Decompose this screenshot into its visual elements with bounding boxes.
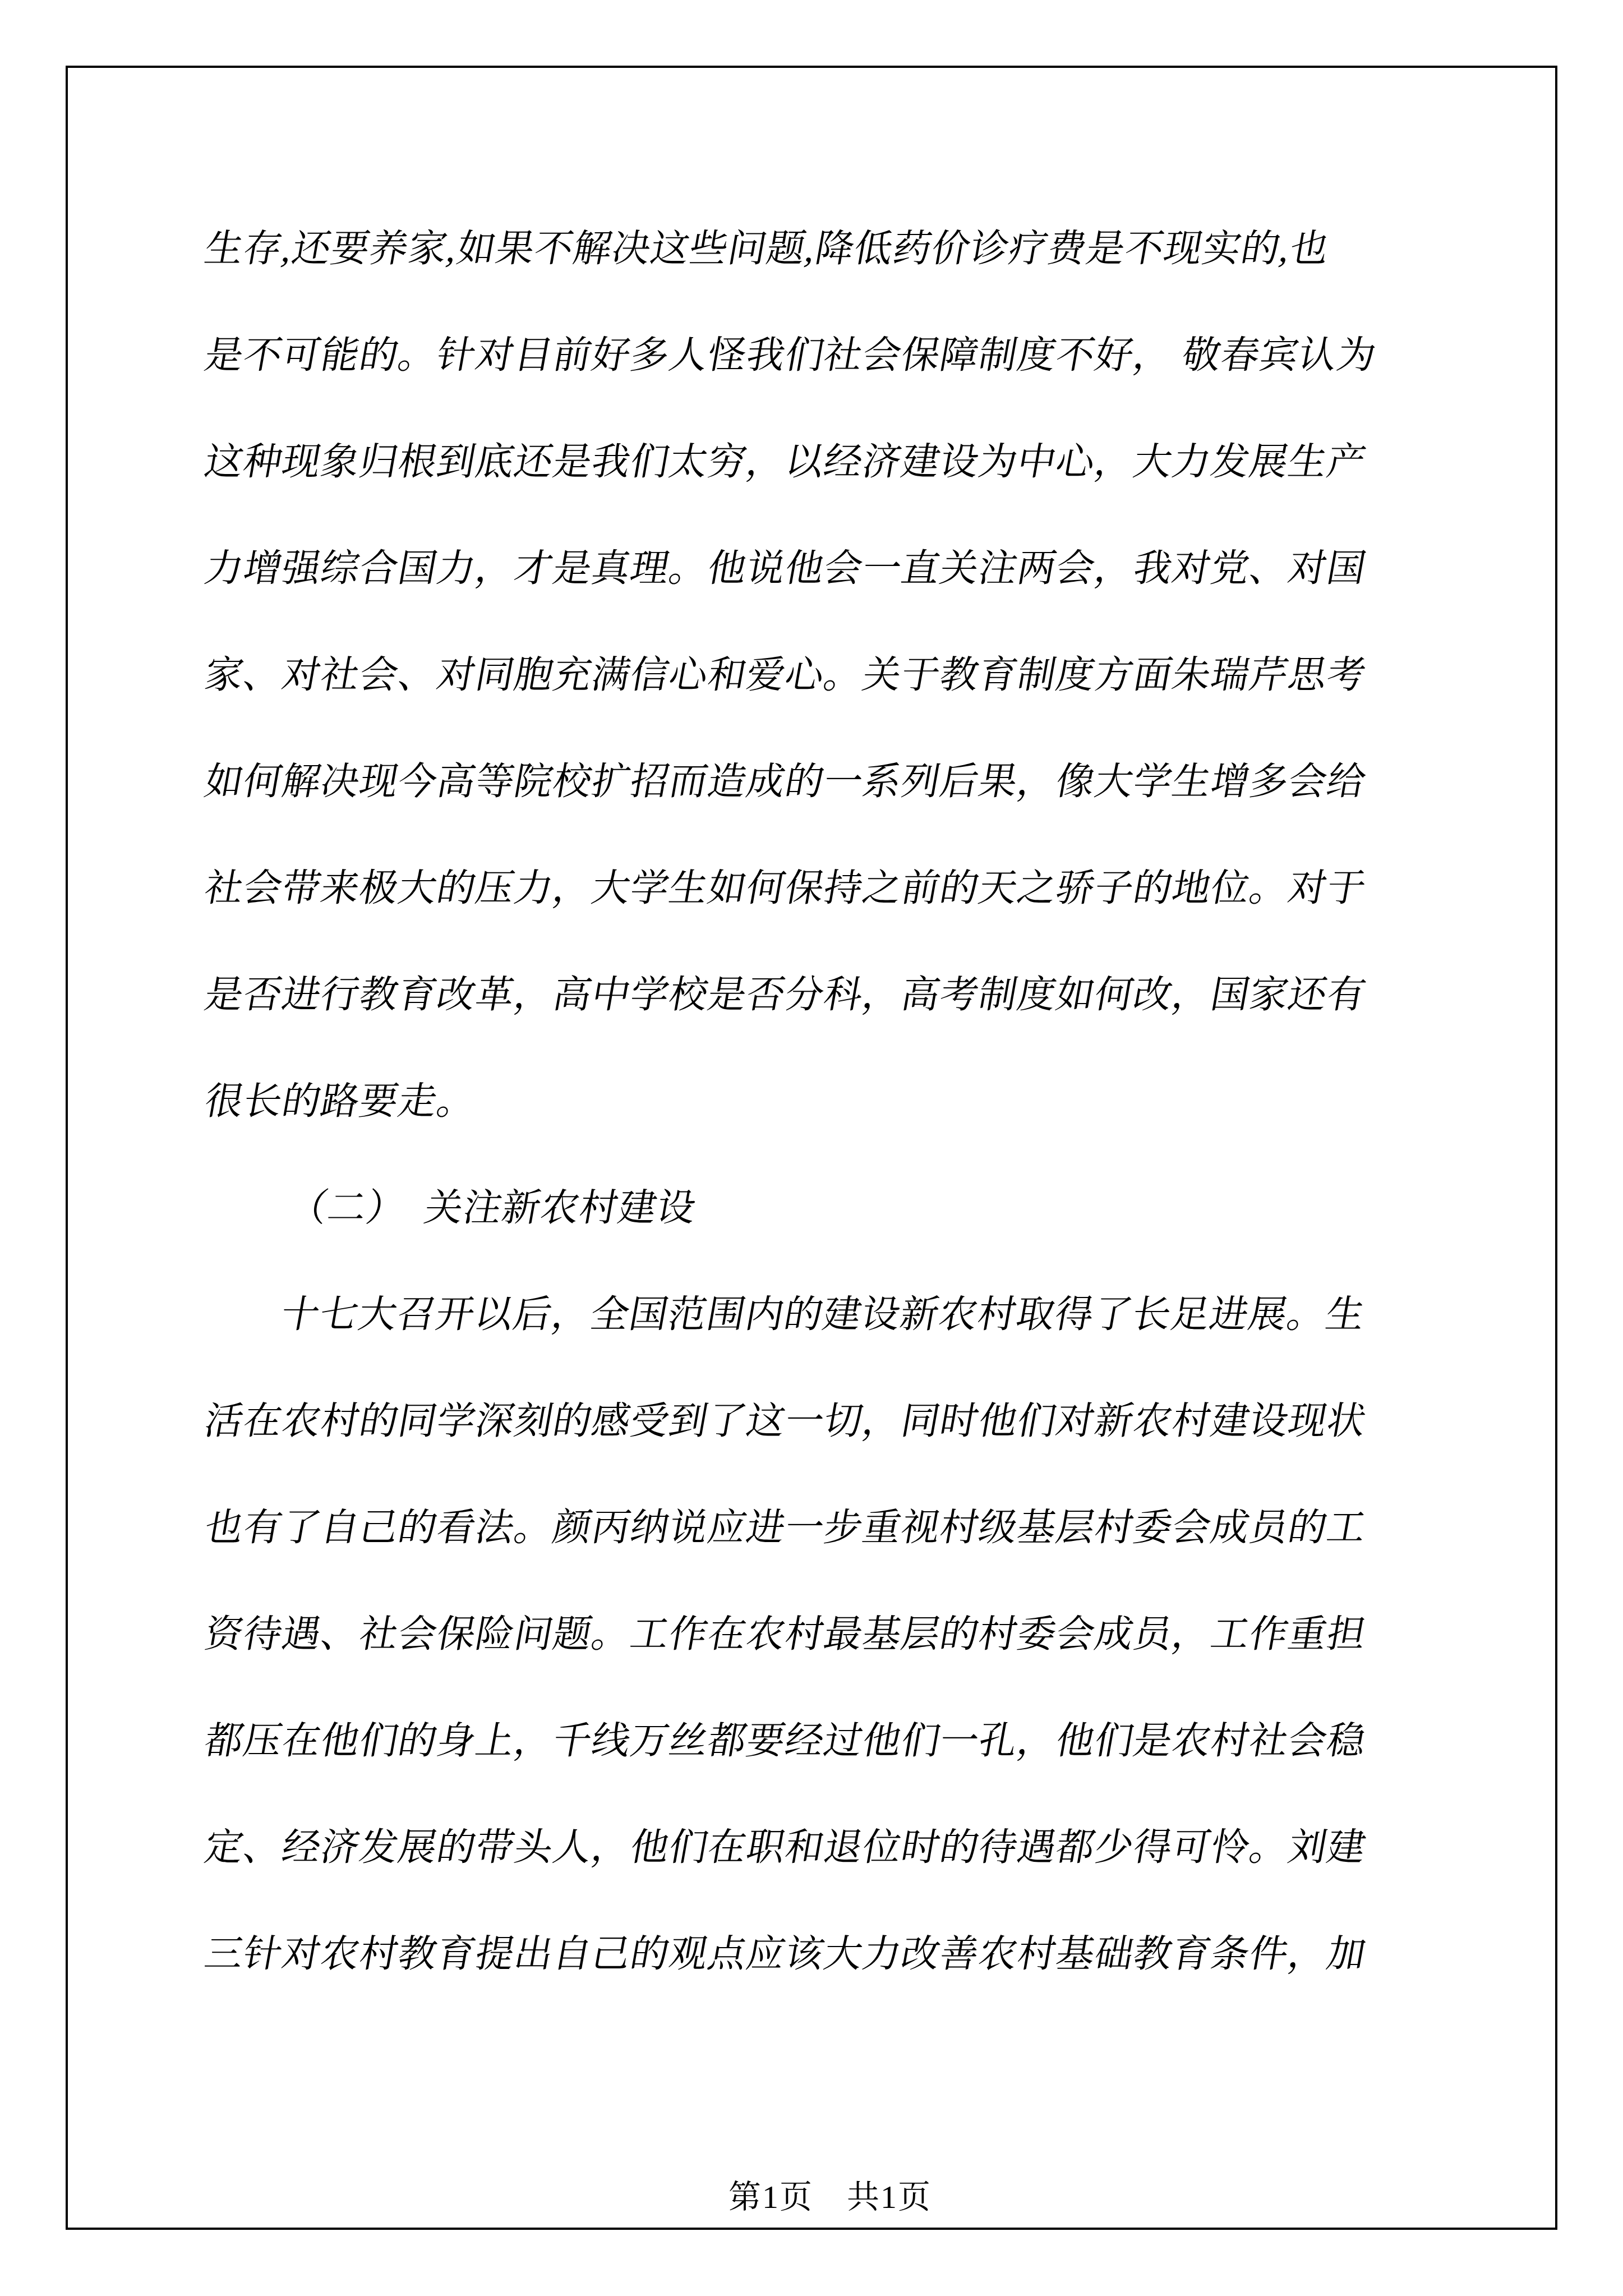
text-line: 很长的路要走。 xyxy=(196,1048,1454,1154)
text-line: 这种现象归根到底还是我们太穷，以经济建设为中心，大力发展生产 xyxy=(196,408,1454,515)
text-line: 力增强综合国力，才是真理。他说他会一直关注两会，我对党、对国 xyxy=(196,515,1454,622)
text-line: 也有了自己的看法。颜丙纳说应进一步重视村级基层村委会成员的工 xyxy=(196,1474,1454,1581)
text-line: 定、经济发展的带头人，他们在职和退位时的待遇都少得可怜。刘建 xyxy=(196,1794,1454,1901)
text-line: 活在农村的同学深刻的感受到了这一切，同时他们对新农村建设现状 xyxy=(196,1368,1454,1474)
section-heading: （二） 关注新农村建设 xyxy=(196,1154,1454,1261)
document-page: 生存,还要养家,如果不解决这些问题,降低药价诊疗费是不现实的,也是不可能的。针对… xyxy=(0,0,1623,2296)
page-footer: 第1页 共1页 xyxy=(0,2138,1623,2256)
text-line: 如何解决现今高等院校扩招而造成的一系列后果，像大学生增多会给 xyxy=(196,728,1454,835)
text-line: 生存,还要养家,如果不解决这些问题,降低药价诊疗费是不现实的,也 xyxy=(196,195,1454,302)
text-line: 三针对农村教育提出自己的观点应该大力改善农村基础教育条件，加 xyxy=(196,1901,1454,2007)
text-line: 家、对社会、对同胞充满信心和爱心。关于教育制度方面朱瑞芹思考 xyxy=(196,622,1454,728)
text-line: 资待遇、社会保险问题。工作在农村最基层的村委会成员，工作重担 xyxy=(196,1581,1454,1687)
text-line: 社会带来极大的压力，大学生如何保持之前的天之骄子的地位。对于 xyxy=(196,835,1454,941)
text-line: 是否进行教育改革，高中学校是否分科，高考制度如何改，国家还有 xyxy=(196,941,1454,1048)
text-line: 是不可能的。针对目前好多人怪我们社会保障制度不好， 敬春宾认为 xyxy=(196,302,1454,408)
document-body-text: 生存,还要养家,如果不解决这些问题,降低药价诊疗费是不现实的,也是不可能的。针对… xyxy=(199,195,1438,2007)
text-line: 都压在他们的身上，千线万丝都要经过他们一孔，他们是农村社会稳 xyxy=(196,1687,1454,1794)
page-number-text: 第1页 共1页 xyxy=(728,2179,932,2215)
text-line: 十七大召开以后，全国范围内的建设新农村取得了长足进展。生 xyxy=(196,1261,1454,1368)
